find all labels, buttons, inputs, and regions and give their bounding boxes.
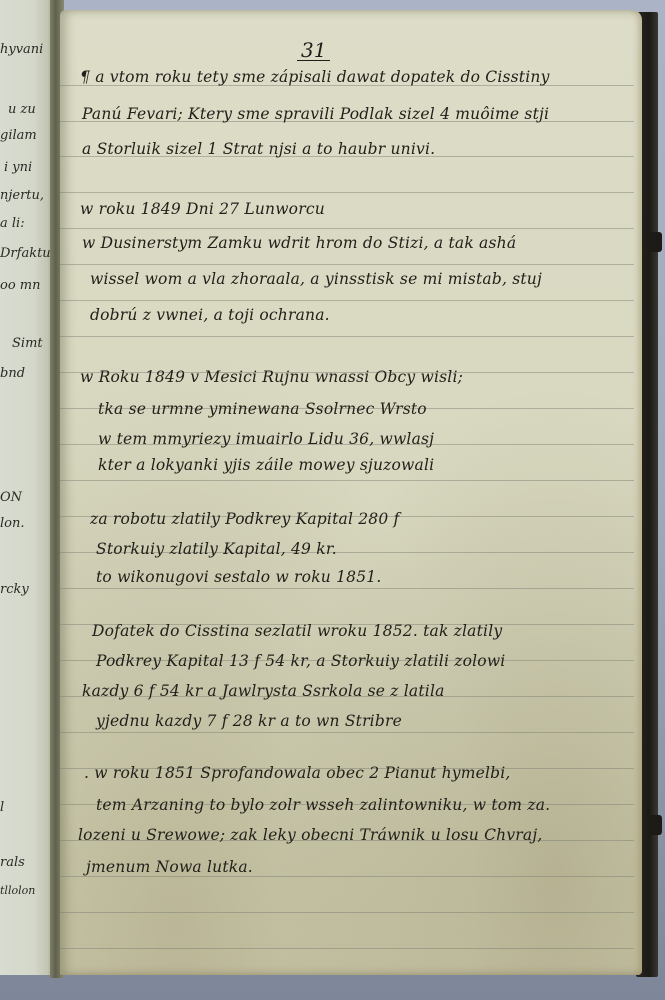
handwritten-line: to wikonugovi sestalo w roku 1851. xyxy=(96,568,381,586)
handwritten-line: Storkuiy zlatily Kapital, 49 kr. xyxy=(96,540,337,558)
handwritten-line: ¶ a vtom roku tety sme zápisali dawat do… xyxy=(80,68,550,86)
ruled-line xyxy=(60,588,634,589)
handwritten-line: dobrú z vwnei, a toji ochrana. xyxy=(90,306,330,324)
handwritten-line: Panú Fevari; Ktery sme spravili Podlak s… xyxy=(82,105,549,123)
handwritten-line: za robotu zlatily Podkrey Kapital 280 f xyxy=(90,510,399,528)
left-page-fragment: hyvani xyxy=(0,42,43,57)
handwritten-line: w tem mmyriezy imuairlo Lidu 36, wwlasj xyxy=(98,430,434,448)
handwritten-line: Dofatek do Cisstina sezlatil wroku 1852.… xyxy=(92,622,502,640)
handwritten-line: jmenum Nowa lutka. xyxy=(86,858,253,876)
left-page-fragment: ON xyxy=(0,490,22,505)
left-page-fragment: rcky xyxy=(0,582,29,597)
left-page-fragment: a li: xyxy=(0,216,25,231)
ruled-line xyxy=(60,300,634,301)
handwritten-line: tka se urmne yminewana Ssolrnec Wrsto xyxy=(98,400,427,418)
handwritten-line: kazdy 6 f 54 kr a Jawlrysta Ssrkola se z… xyxy=(82,682,445,700)
left-page-fragment: u zu xyxy=(8,102,36,117)
page-number: 31 xyxy=(297,40,330,61)
left-page-fragment: oo mn xyxy=(0,278,41,293)
ruled-line xyxy=(60,480,634,481)
left-page-fragment: Simt xyxy=(12,336,43,351)
ruled-line xyxy=(60,192,634,193)
manuscript-page: 31 ¶ a vtom roku tety sme zápisali dawat… xyxy=(60,10,642,975)
left-page-fragment: Drfaktu xyxy=(0,246,51,261)
ruled-line xyxy=(60,228,634,229)
left-page-fragment: bnd xyxy=(0,366,25,381)
left-page-fragment: njertu, xyxy=(0,188,44,203)
ruled-line xyxy=(60,876,634,877)
handwritten-line: . w roku 1851 Sprofandowala obec 2 Pianu… xyxy=(84,764,511,782)
binding-tie xyxy=(650,815,662,835)
left-page-fragment: lon. xyxy=(0,516,25,531)
handwritten-line: Podkrey Kapital 13 f 54 kr, a Storkuiy z… xyxy=(96,652,505,670)
binding-tie xyxy=(650,232,662,252)
left-page-fragment: i yni xyxy=(4,160,32,175)
ruled-line xyxy=(60,732,634,733)
handwritten-line: a Storluik sizel 1 Strat njsi a to haubr… xyxy=(82,140,435,158)
left-page-fragment: gilam xyxy=(0,128,37,143)
left-page-fragment: rals xyxy=(0,855,25,870)
handwritten-line: lozeni u Srewowe; zak leky obecni Tráwni… xyxy=(78,826,542,844)
left-page-fragment: tllolon xyxy=(0,884,35,897)
handwritten-line: wissel wom a vla zhoraala, a yinsstisk s… xyxy=(90,270,542,288)
ruled-line xyxy=(60,336,634,337)
handwritten-line: w Roku 1849 v Mesici Rujnu wnassi Obcy w… xyxy=(80,368,463,386)
handwritten-line: kter a lokyanki yjis záile mowey sjuzowa… xyxy=(98,456,434,474)
left-page-fragment: l xyxy=(0,800,4,815)
handwritten-line: tem Arzaning to bylo zolr wsseh zalintow… xyxy=(96,796,550,814)
ruled-line xyxy=(60,912,634,913)
ruled-line xyxy=(60,264,634,265)
ruled-line xyxy=(60,948,634,949)
handwritten-line: yjednu kazdy 7 f 28 kr a to wn Stribre xyxy=(96,712,402,730)
handwritten-line: w Dusinerstym Zamku wdrit hrom do Stizi,… xyxy=(82,234,516,252)
previous-page-edge: hyvani u zu gilam i yni njertu, a li: Dr… xyxy=(0,0,56,975)
handwritten-line: w roku 1849 Dni 27 Lunworcu xyxy=(80,200,325,218)
